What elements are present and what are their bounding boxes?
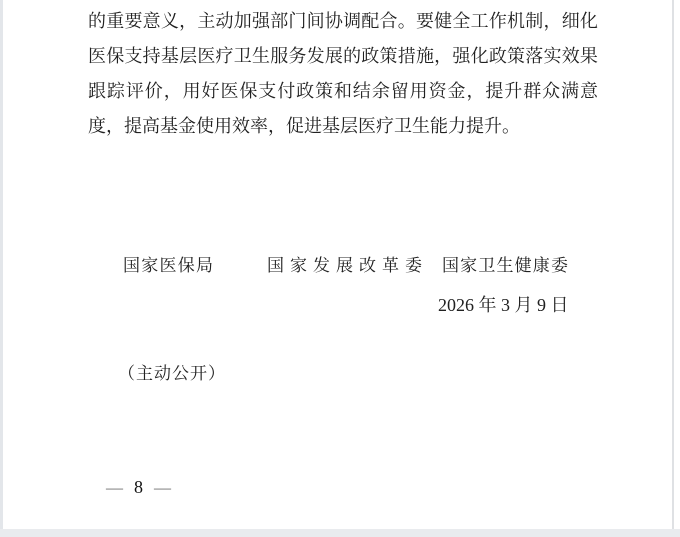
disclosure-note: （主动公开） [118, 359, 226, 384]
signature-agency-ndrc: 国家发展改革委 [267, 251, 422, 275]
issue-date: 2026 年 3 月 9 日 [438, 291, 569, 317]
paragraph-line-2: 医保支持基层医疗卫生服务发展的政策措施，强化政策落实效果 [88, 37, 598, 72]
paragraph-line-1: 的重要意义，主动加强部门间协调配合。要健全工作机制，细化 [88, 2, 598, 37]
body-paragraph: 的重要意义，主动加强部门间协调配合。要健全工作机制，细化 医保支持基层医疗卫生服… [88, 2, 598, 142]
signature-agency-nhsa: 国家医保局 [123, 251, 213, 275]
page-number-footer: — 8 — [106, 477, 171, 498]
page-edge-bottom [0, 529, 680, 537]
page-number-dash-left: — [106, 478, 123, 498]
page-number: 8 [134, 477, 143, 498]
paragraph-line-3: 跟踪评价，用好医保支付政策和结余留用资金，提升群众满意 [88, 72, 598, 107]
paragraph-line-4: 度，提高基金使用效率，促进基层医疗卫生能力提升。 [88, 107, 520, 142]
page-edge-left [0, 0, 3, 537]
page-number-dash-right: — [154, 478, 171, 498]
page-edge-right [672, 0, 674, 529]
signature-agency-nhc: 国家卫生健康委 [442, 251, 568, 275]
